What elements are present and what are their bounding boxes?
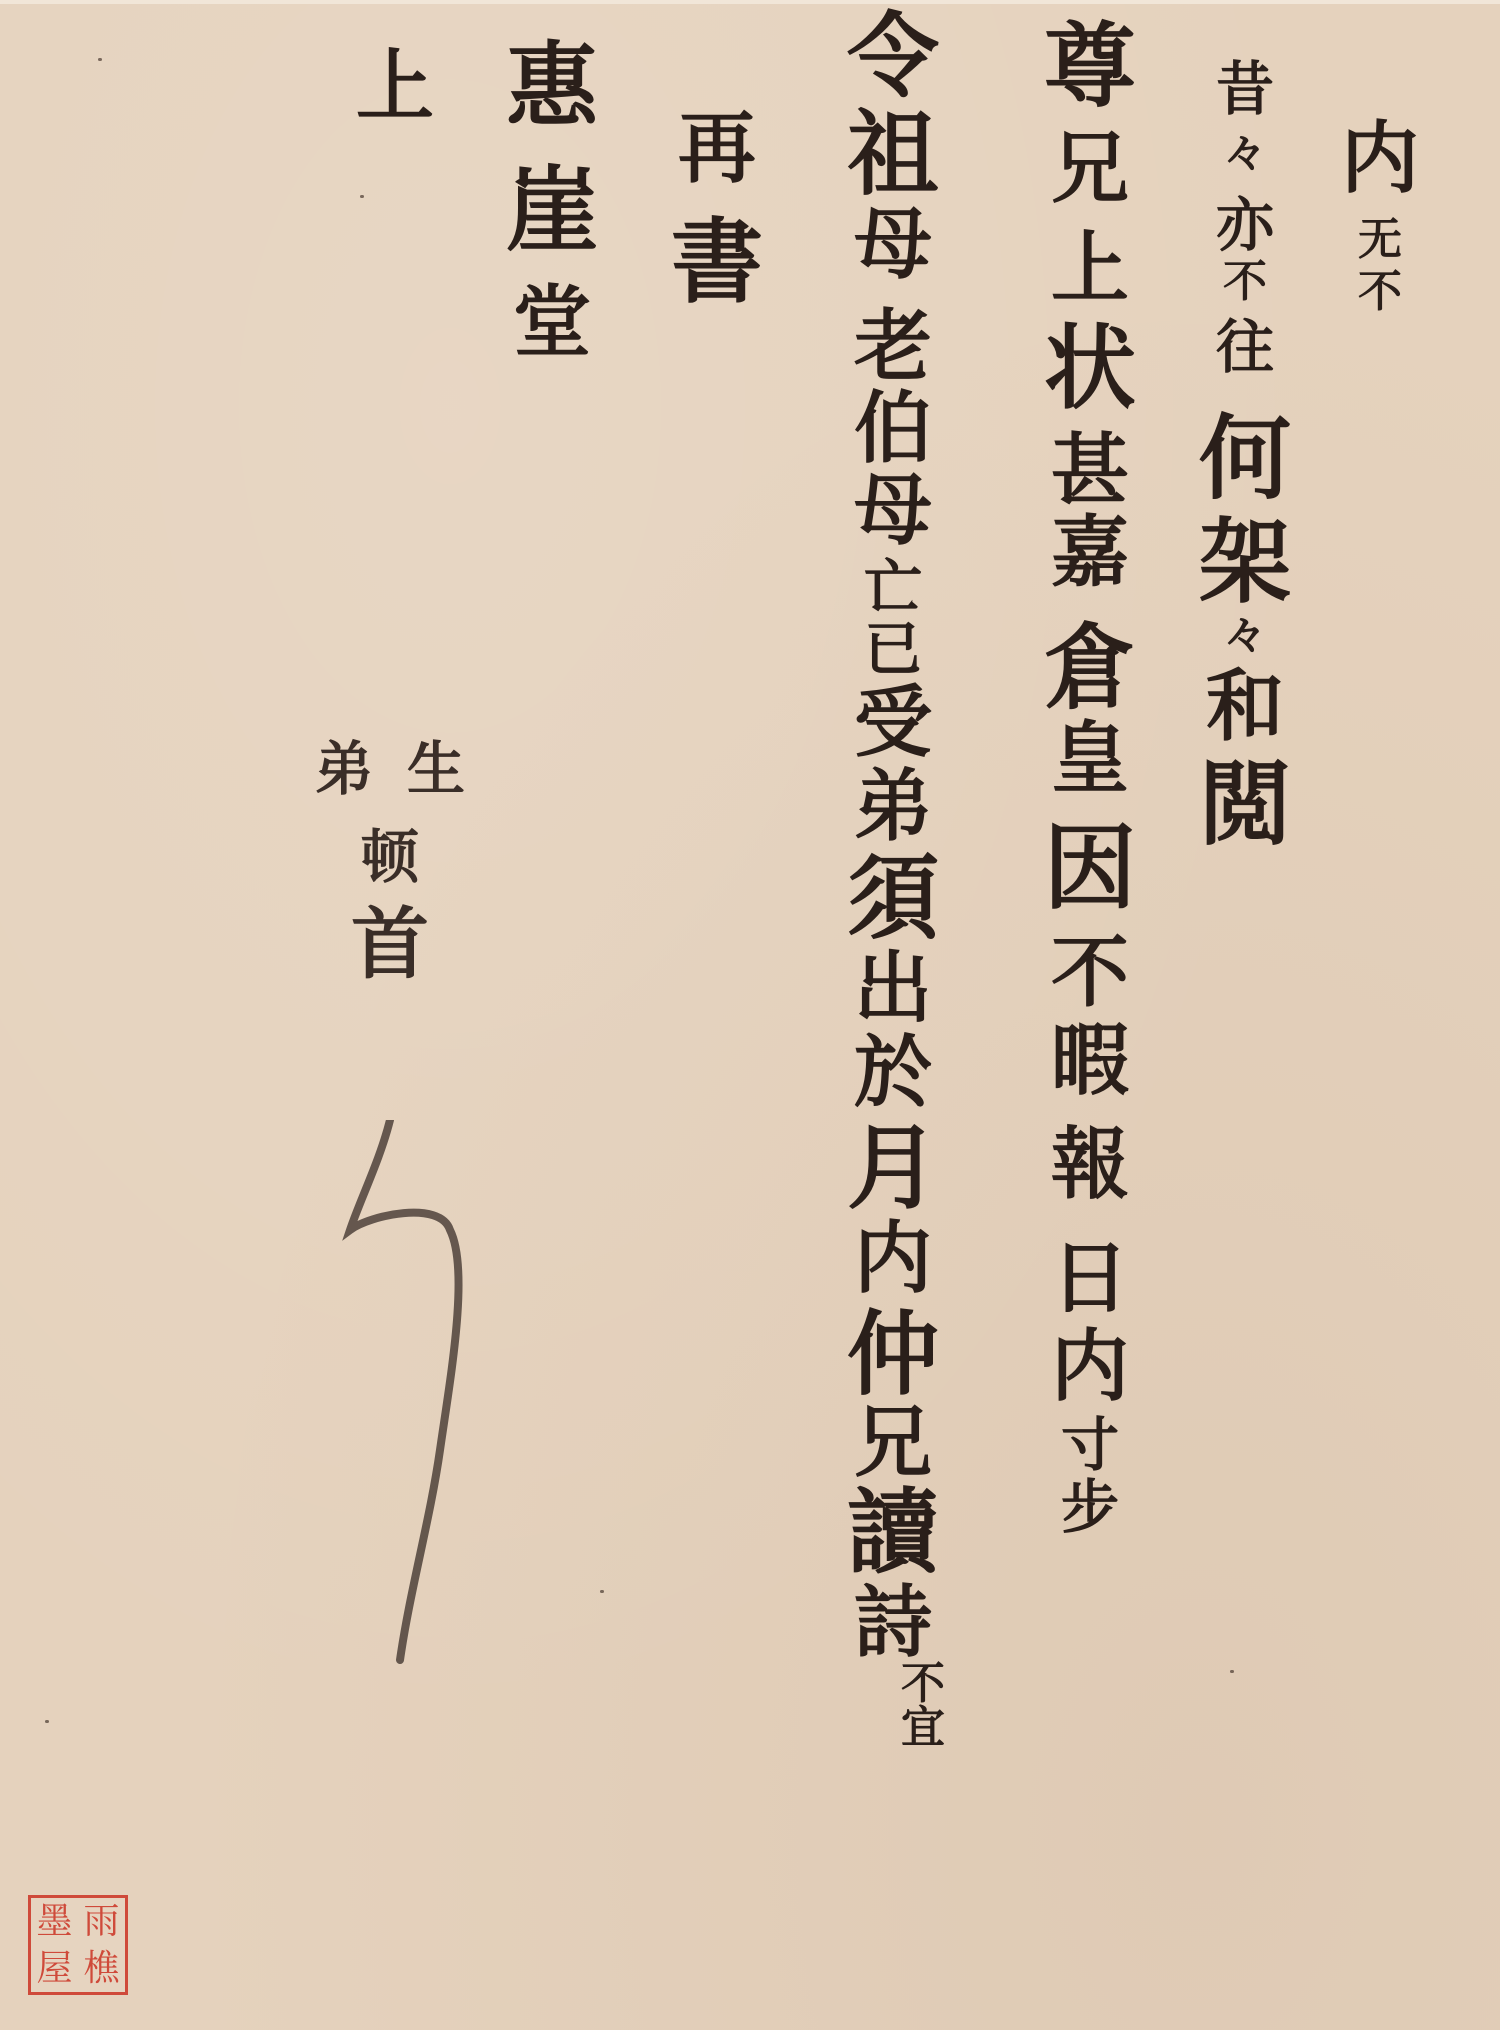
character: 老 — [854, 308, 932, 386]
text-column-1: 内 无 不 — [1305, 120, 1455, 314]
signature-line-1: 弟 生 — [315, 740, 465, 798]
character: 何 — [1199, 412, 1291, 504]
character: 上 — [1051, 230, 1129, 308]
paper-speck — [360, 195, 364, 198]
character: 讀 — [847, 1486, 939, 1578]
red-seal: 墨 雨 屋 樵 — [28, 1895, 128, 1995]
character: 兄 — [854, 1404, 932, 1482]
character: 寸 — [1061, 1416, 1119, 1474]
seal-character: 墨 — [31, 1898, 78, 1945]
character: 亡 — [864, 558, 922, 616]
character: 宜 — [901, 1706, 945, 1750]
text-column-5: 再 書 — [642, 110, 792, 308]
character: 昔 — [1216, 60, 1274, 118]
character: 堂 — [513, 284, 591, 362]
text-column-3: 尊 兄 上 状 甚 嘉 倉 皇 因 不 暇 報 日 内 寸 步 — [1015, 20, 1165, 1536]
character: 不 — [901, 1662, 945, 1706]
character: 内 — [1341, 120, 1419, 198]
character: 无 — [1358, 218, 1402, 262]
character: 詩 — [854, 1584, 932, 1662]
character: 已 — [864, 620, 922, 678]
character: 伯 — [854, 390, 932, 468]
character: 弟 — [315, 740, 373, 798]
character: 閲 — [1199, 758, 1291, 850]
character: 弟 — [854, 768, 932, 846]
character: 暇 — [1051, 1022, 1129, 1100]
character: 皇 — [1051, 720, 1129, 798]
character: 祖 — [847, 108, 939, 200]
seal-character: 屋 — [31, 1945, 78, 1992]
seal-character: 樵 — [78, 1945, 125, 1992]
character: 步 — [1061, 1478, 1119, 1536]
character: 不 — [1051, 934, 1129, 1012]
character: 尊 — [1044, 20, 1136, 112]
character: 嘉 — [1051, 514, 1129, 592]
character: 月 — [847, 1122, 939, 1214]
character: 内 — [1051, 1328, 1129, 1406]
signature-flourish — [330, 1120, 490, 1680]
character: 上 — [356, 48, 434, 126]
character: 再 — [678, 110, 756, 188]
character: 生 — [407, 740, 465, 798]
character: 日 — [1051, 1240, 1129, 1318]
character: 往 — [1216, 318, 1274, 376]
character: 母 — [854, 472, 932, 550]
paper-speck — [1230, 1670, 1234, 1673]
character: 々 — [1223, 614, 1267, 658]
character: 崖 — [506, 164, 598, 256]
paper-speck — [98, 58, 102, 61]
character: 令 — [847, 10, 939, 102]
signature: 弟 生 顿 首 — [300, 740, 480, 984]
character: 顿 — [361, 828, 419, 886]
character: 架 — [1199, 516, 1291, 608]
character: 亦 — [1216, 196, 1274, 254]
paper-top-edge — [0, 0, 1500, 4]
text-column-2: 昔 々 亦 不 往 何 架 々 和 閲 — [1170, 60, 1320, 850]
character: 因 — [1044, 822, 1136, 914]
paper-speck — [45, 1720, 49, 1723]
character: 内 — [854, 1220, 932, 1298]
character: 甚 — [1051, 432, 1129, 510]
character: 受 — [854, 684, 932, 762]
character: 出 — [854, 950, 932, 1028]
character: 首 — [351, 906, 429, 984]
character: 倉 — [1044, 622, 1136, 714]
character: 報 — [1051, 1126, 1129, 1204]
character: 書 — [671, 216, 763, 308]
character: 惠 — [506, 40, 598, 132]
character: 々 — [1223, 132, 1267, 176]
text-column-6: 惠 崖 堂 — [477, 40, 627, 362]
character: 和 — [1206, 668, 1284, 746]
paper-speck — [600, 1590, 604, 1593]
character: 不 — [1358, 270, 1402, 314]
text-column-7: 上 — [320, 48, 470, 126]
character: 仲 — [847, 1308, 939, 1400]
character: 状 — [1044, 322, 1136, 414]
character: 須 — [847, 852, 939, 944]
character: 兄 — [1051, 130, 1129, 208]
text-column-4: 令 祖 母 老 伯 母 亡 已 受 弟 須 出 於 月 内 仲 兄 讀 詩 不 … — [818, 10, 968, 1750]
character: 不 — [1223, 260, 1267, 304]
seal-character: 雨 — [78, 1898, 125, 1945]
character: 母 — [854, 206, 932, 284]
character: 於 — [854, 1034, 932, 1112]
